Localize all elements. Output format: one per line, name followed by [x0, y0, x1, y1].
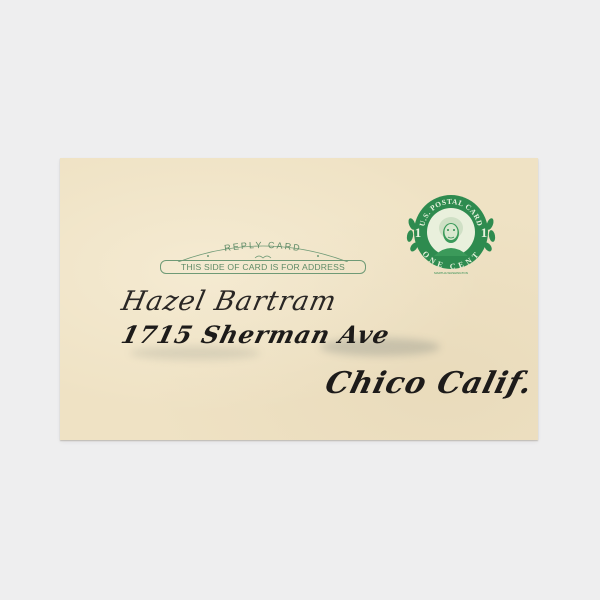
address-city: Chico Calif. — [322, 366, 537, 401]
reply-arch-ornament-icon: REPLY CARD — [160, 240, 366, 262]
stamp-portrait-caption: MARTHA WASHINGTON — [434, 271, 468, 275]
postage-stamp-imprint: U.S. POSTAL CARD ONE CENT 1 1 MARTHA WAS… — [404, 184, 498, 278]
address-name: Hazel Bartram — [119, 286, 340, 317]
reply-card-title: REPLY CARD — [224, 240, 303, 253]
postcard: REPLY CARD THIS SIDE OF CARD IS FOR ADDR… — [60, 158, 538, 440]
svg-text:REPLY CARD: REPLY CARD — [224, 240, 303, 253]
address-street: 1715 Sherman Ave — [118, 320, 393, 349]
stamp-value-left: 1 — [415, 225, 422, 240]
stamp-value-right: 1 — [481, 225, 488, 240]
reply-card-header: REPLY CARD THIS SIDE OF CARD IS FOR ADDR… — [160, 240, 366, 274]
address-side-notice: THIS SIDE OF CARD IS FOR ADDRESS — [160, 260, 366, 274]
